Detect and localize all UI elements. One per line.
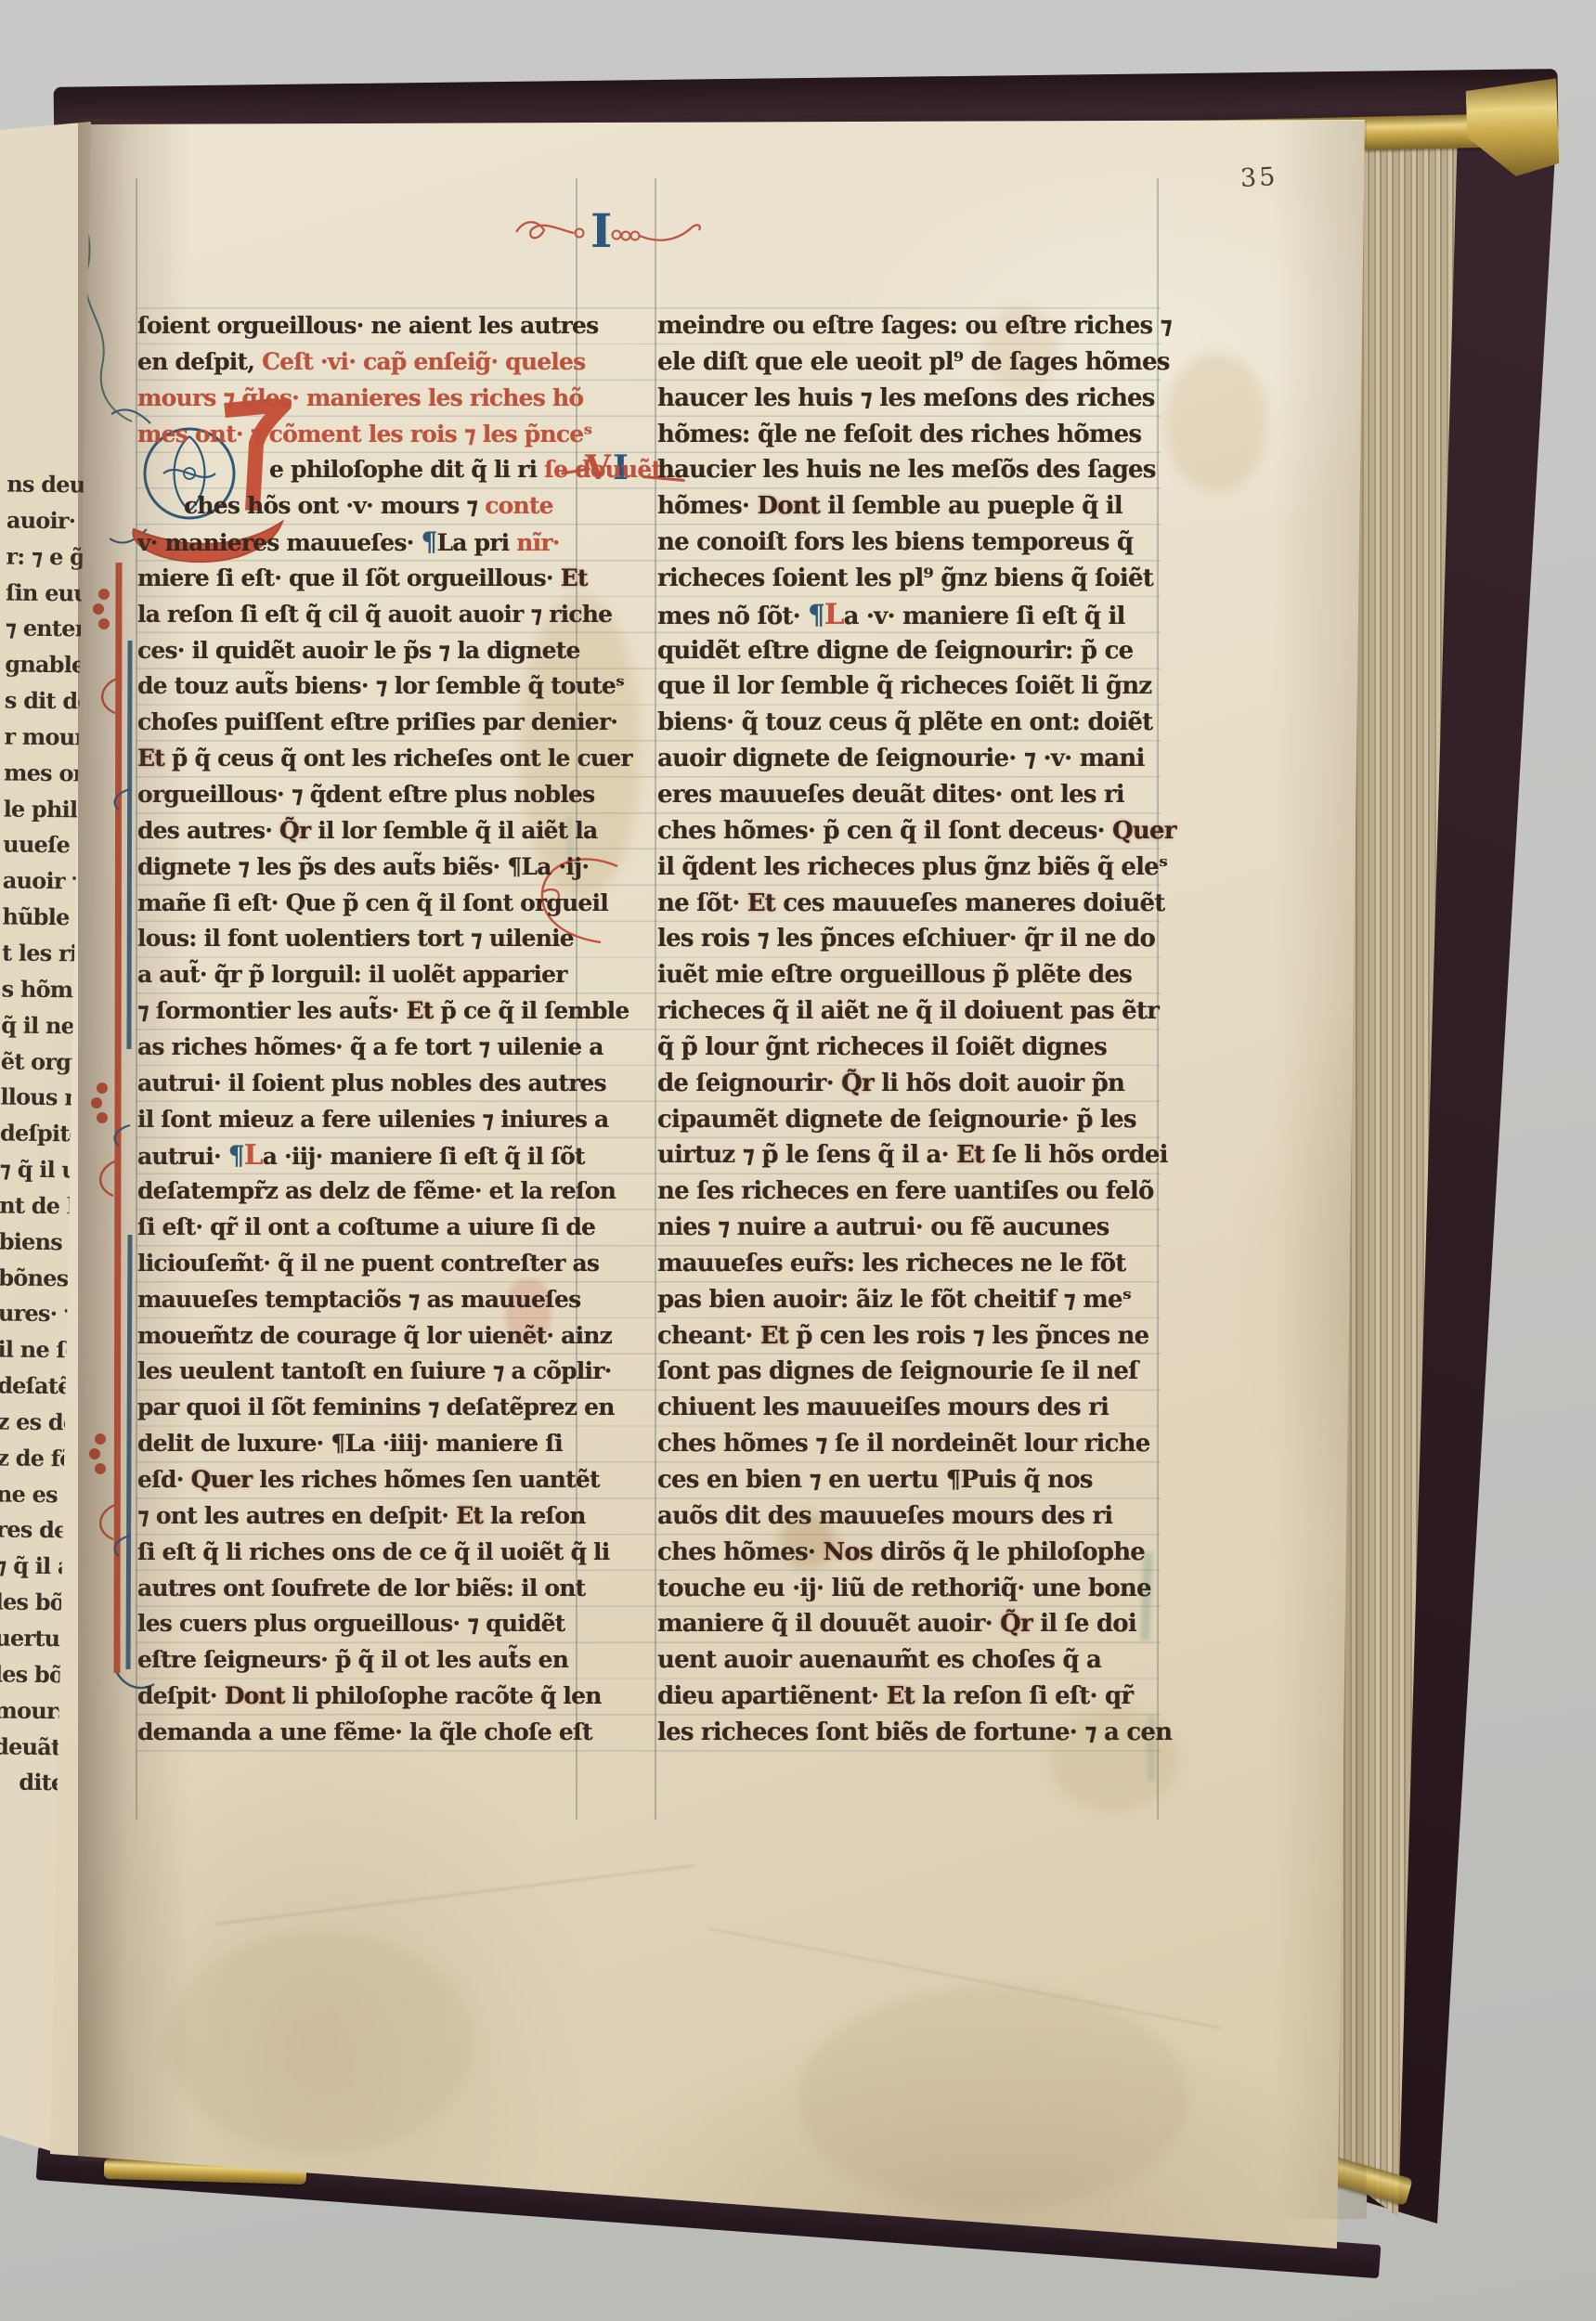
text-column-left: ſoient orgueillous· ne aient les autrese… [137, 308, 581, 1751]
manuscript-text-line: ne conoiſt fors les biens temporeus q̃ [657, 525, 1159, 561]
manuscript-text-line: mauueſes temptaciõs ⁊ as mauueſes [137, 1282, 581, 1318]
manuscript-text-line: ches hõmes ⁊ ſe il nordeinẽt lour riche [657, 1426, 1159, 1462]
manuscript-text-line: v· manieres mauueſes· ¶La pri nĩr· [137, 525, 581, 561]
ornament-red-flourish-left [516, 222, 574, 238]
manuscript-text-line: ele diſt que ele ueoit pl⁹ de ſages hõme… [657, 344, 1159, 381]
manuscript-text-line: ches hõmes· Nos dirõs q̃ le philoſophe [657, 1535, 1159, 1571]
manuscript-text-line: pas bien auoir: ãiz le fõt cheitif ⁊ meˢ [657, 1282, 1159, 1318]
vertical-ruling-line [655, 178, 656, 1820]
manuscript-text-line: ces· il quidẽt auoir le p̃s ⁊ la dignete [137, 633, 581, 669]
manuscript-text-line: e philoſophe dit q̃ li ri ſe douuẽt [137, 452, 581, 488]
manuscript-text-line: les ueulent tantoſt en ſuiure ⁊ a cõplir… [137, 1354, 581, 1390]
manuscript-text-line: auõs dit des mauueſes mours des ri [657, 1498, 1159, 1535]
manuscript-text-line: les rois ⁊ les p̃nces eſchiuer· q̃r il n… [657, 921, 1159, 957]
manuscript-text-line: biens· q̃ touz ceus q̃ plẽte en ont: doi… [657, 705, 1159, 741]
manuscript-text-line: dieu apartiẽnent· Et la reſon ſi eſt· qr… [657, 1679, 1159, 1715]
manuscript-text-line: deſpit· Dont li philoſophe racõte q̃ len [137, 1679, 581, 1715]
manuscript-text-line: auoir dignete de ſeignourie· ⁊ ·v· mani [657, 741, 1159, 777]
manuscript-text-line: dignete ⁊ les p̃s des aut̃s biẽs· ¶La ·i… [137, 849, 581, 886]
manuscript-text-line: ches hõmes· p̃ cen q̃ il ſont deceus· Qu… [657, 813, 1159, 849]
manuscript-text-line: a aut̃· q̃r p̃ lorguil: il uolẽt apparie… [137, 957, 581, 993]
folio-number: 35 [1239, 162, 1278, 193]
manuscript-text-line: hõmes: q̃le ne feſoit des riches hõmes [657, 417, 1159, 453]
manuscript-text-line: de touz aut̃s biens· ⁊ lor ſemble q̃ tou… [137, 668, 581, 705]
photograph-of-manuscript: { "folio": {"number": "35"}, "header_orn… [0, 0, 1596, 2321]
manuscript-text-line: deſatempr̃z as delz de fẽme· et la reſon [137, 1173, 581, 1210]
manuscript-text-line: chiuent les mauueiſes mours des ri [657, 1390, 1159, 1426]
header-ornament: I [513, 204, 717, 260]
parchment-stain [1165, 353, 1267, 492]
manuscript-text-line: uent auoir auenaum̃t es choſes q̃ a [657, 1642, 1159, 1679]
manuscript-text-line: ſont pas dignes de ſeignourie ſe il neſ [657, 1354, 1159, 1390]
manuscript-text-line: eſtre ſeigneurs· p̃ q̃ il ot les aut̃s e… [137, 1642, 581, 1679]
manuscript-text-line: iuẽt mie eſtre orgueillous p̃ plẽte des [657, 957, 1159, 993]
manuscript-text-line: choſes puiſſent eſtre priſies par denier… [137, 705, 581, 741]
manuscript-text-line: autrui· il ſoient plus nobles des autres [137, 1066, 581, 1102]
manuscript-text-line: eres mauueſes deuãt dites· ont les ri [657, 777, 1159, 813]
parchment-stain [167, 1931, 474, 2154]
red-flourish-tuft [89, 589, 110, 1474]
ornament-circle [631, 232, 640, 240]
manuscript-text-line: les richeces ſont biẽs de fortune· ⁊ a c… [657, 1715, 1159, 1751]
manuscript-text-line: delit de luxure· ¶La ·iiij· maniere ſi [137, 1426, 581, 1462]
manuscript-text-line: mes nõ ſõt· ¶La ·v· maniere ſi eſt q̃ il [657, 597, 1159, 633]
ornament-letter: I [590, 204, 612, 258]
ornament-circle [576, 229, 584, 238]
ornament-circle [622, 232, 630, 240]
manuscript-text-line: quidẽt eſtre digne de ſeignourir: p̃ ce [657, 633, 1159, 669]
manuscript-text-line: richeces q̃ il aiẽt ne q̃ il doiuent pas… [657, 993, 1159, 1030]
manuscript-text-line: des autres· Q̃r il lor ſemble q̃ il aiẽt… [137, 813, 581, 849]
manuscript-text-line: liciouſem̃t· q̃ il ne puent contreſter a… [137, 1246, 581, 1282]
manuscript-text-line: mes ont· ⁊ cõment les rois ⁊ les p̃nceˢ [137, 417, 581, 453]
manuscript-text-line: ces en bien ⁊ en uertu ¶Puis q̃ nos [657, 1462, 1159, 1498]
manuscript-text-line: mañe ſi eſt· Que p̃ cen q̃ il ſont orgue… [137, 886, 581, 922]
manuscript-text-line: par quoi il ſõt feminins ⁊ deſatẽprez en [137, 1390, 581, 1426]
manuscript-text-line: mauueſes eur̃s: les richeces ne le fõt [657, 1246, 1159, 1282]
manuscript-text-line: uirtuz ⁊ p̃ le ſens q̃ il a· Et ſe li hõ… [657, 1137, 1159, 1173]
manuscript-text-line: q̃ p̃ lour g̃nt richeces il ſoiẽt dignes [657, 1030, 1159, 1066]
manuscript-text-line: eſd· Quer les riches hõmes ſen uantẽt [137, 1462, 581, 1498]
manuscript-text-line: ne ſõt· Et ces mauueſes maneres doiuẽt [657, 886, 1159, 922]
manuscript-text-line: ne ſes richeces en fere uantiſes ou felõ [657, 1173, 1159, 1210]
manuscript-text-line: que il lor ſemble q̃ richeces ſoiẽt li g… [657, 668, 1159, 705]
manuscript-text-line: cheant· Et p̃ cen les rois ⁊ les p̃nces … [657, 1318, 1159, 1355]
manuscript-text-line: il q̃dent les richeces plus g̃nz biẽs q̃… [657, 849, 1159, 886]
manuscript-text-line: lous: il font uolentiers tort ⁊ uilenie [137, 921, 581, 957]
manuscript-text-line: haucier les huis ne les meſõs des ſages [657, 452, 1159, 488]
ornament-circle [613, 231, 621, 240]
manuscript-text-line: il ſont mieuz a fere uilenies ⁊ iniures … [137, 1102, 581, 1138]
manuscript-text-line: ⁊ ſormontier les aut̃s· Et p̃ ce q̃ il ſ… [137, 993, 581, 1030]
manuscript-text-line: maniere q̃ il douuẽt auoir· Q̃r il ſe do… [657, 1606, 1159, 1642]
manuscript-text-line: demanda a une fẽme· la q̃le choſe eſt [137, 1715, 581, 1751]
manuscript-text-line: ſi eſt· qr̃ il ont a coſtume a uiure ſi … [137, 1210, 581, 1246]
manuscript-text-line: haucer les huis ⁊ les meſons des riches [657, 381, 1159, 417]
manuscript-text-line: as riches hõmes· q̃ a fe tort ⁊ uilenie … [137, 1030, 581, 1066]
manuscript-text-line: nies ⁊ nuire a autrui· ou fẽ aucunes [657, 1210, 1159, 1246]
manuscript-text-line: de ſeignourir· Q̃r li hõs doit auoir p̃n [657, 1066, 1159, 1102]
ornament-red-flourish-right [640, 225, 700, 240]
manuscript-text-line: touche eu ·ij· liũ de rethoriq̃· une bon… [657, 1571, 1159, 1607]
manuscript-text-line: la reſon ſi eſt q̃ cil q̃ auoit auoir ⁊ … [137, 597, 581, 633]
manuscript-text-line: ches hõs ont ·v· mours ⁊ conte [137, 488, 581, 525]
manuscript-text-line: ſi eſt q̃ li riches ons de ce q̃ il uoiẽ… [137, 1535, 581, 1571]
manuscript-text-line: les cuers plus orgueillous· ⁊ quidẽt [137, 1606, 581, 1642]
manuscript-text-line: hõmes· Dont il ſemble au pueple q̃ il [657, 488, 1159, 525]
parchment-stain [798, 1987, 1188, 2210]
parchment-crease [215, 1864, 694, 1925]
manuscript-text-line: cipaumẽt dignete de ſeignourie· p̃ les [657, 1102, 1159, 1138]
manuscript-text-line: orgueillous· ⁊ q̃dent eſtre plus nobles [137, 777, 581, 813]
manuscript-text-line: ⁊ ont les autres en deſpit· Et la reſon [137, 1498, 581, 1535]
manuscript-text-line: mouem̃tz de courage q̃ lor uienẽt· ainz [137, 1318, 581, 1355]
manuscript-text-line: autrui· ¶La ·iij· maniere ſi eſt q̃ il ſ… [137, 1137, 581, 1173]
manuscript-text-line: Et p̃ q̃ ceus q̃ ont les richeſes ont le… [137, 741, 581, 777]
manuscript-text-line: en deſpit, Ceſt ·vi· cap̃ enſeig̃· quele… [137, 344, 581, 381]
manuscript-text-line: miere ſi eſt· que il ſõt orgueillous· Et [137, 561, 581, 597]
manuscript-text-line: richeces ſoient les pl⁹ g̃nz biens q̃ ſo… [657, 561, 1159, 597]
manuscript-text-line: autres ont ſoufrete de lor biẽs: il ont [137, 1571, 581, 1607]
manuscript-text-line: mours ⁊ q̃les· manieres les riches hõ [137, 381, 581, 417]
manuscript-text-line: meindre ou eſtre ſages: ou eſtre riches … [657, 308, 1159, 344]
text-column-right: meindre ou eſtre ſages: ou eſtre riches … [657, 308, 1159, 1751]
manuscript-text-line: ſoient orgueillous· ne aient les autres [137, 308, 581, 344]
